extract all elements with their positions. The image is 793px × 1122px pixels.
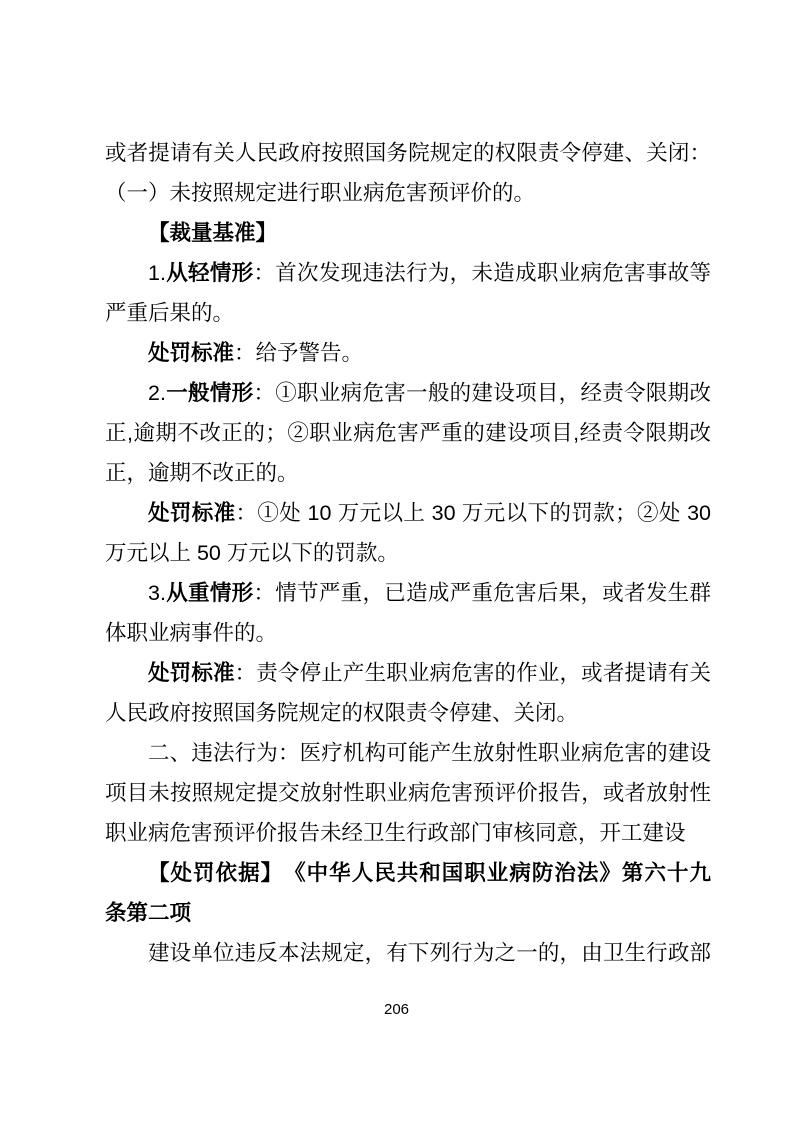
text-line: 1.从轻情形：首次发现违法行为，未造成职业病危害事故等 bbox=[105, 253, 711, 293]
page-number: 206 bbox=[0, 1000, 793, 1020]
text-line: 正,逾期不改正的；②职业病危害严重的建设项目,经责令限期改 bbox=[105, 413, 711, 453]
text-segment: ：给予警告。 bbox=[234, 341, 363, 365]
text-line: 正，逾期不改正的。 bbox=[105, 453, 711, 493]
text-segment: 万元以上 50 万元以下的罚款。 bbox=[105, 541, 399, 565]
text-line: 处罚标准：责令停止产生职业病危害的作业，或者提请有关 bbox=[105, 653, 711, 693]
text-segment: 正,逾期不改正的；②职业病危害严重的建设项目,经责令限期改 bbox=[105, 421, 711, 445]
text-line: 处罚标准：①处 10 万元以上 30 万元以下的罚款；②处 30 bbox=[105, 493, 711, 533]
text-segment: ：首次发现违法行为，未造成职业病危害事故等 bbox=[253, 261, 711, 285]
text-line: 项目未按照规定提交放射性职业病危害预评价报告，或者放射性 bbox=[105, 773, 711, 813]
text-line: 或者提请有关人民政府按照国务院规定的权限责令停建、关闭： bbox=[105, 133, 711, 173]
text-segment: 建设单位违反本法规定，有下列行为之一的，由卫生行政部 bbox=[148, 941, 711, 965]
bold-text-segment: 处罚标准 bbox=[148, 661, 235, 685]
text-line: 体职业病事件的。 bbox=[105, 613, 711, 653]
document-page: 或者提请有关人民政府按照国务院规定的权限责令停建、关闭：（一）未按照规定进行职业… bbox=[0, 0, 793, 1122]
text-line: 处罚标准：给予警告。 bbox=[105, 333, 711, 373]
bold-text-segment: 从轻情形 bbox=[166, 261, 254, 285]
text-line: 二、违法行为：医疗机构可能产生放射性职业病危害的建设 bbox=[105, 733, 711, 773]
text-segment: 1. bbox=[148, 261, 166, 285]
text-segment: 或者提请有关人民政府按照国务院规定的权限责令停建、关闭： bbox=[105, 141, 711, 165]
text-line: 建设单位违反本法规定，有下列行为之一的，由卫生行政部 bbox=[105, 933, 711, 973]
bold-text-segment: 【裁量基准】 bbox=[148, 221, 277, 245]
text-line: 3.从重情形：情节严重，已造成严重危害后果，或者发生群 bbox=[105, 573, 711, 613]
text-segment: 体职业病事件的。 bbox=[105, 621, 277, 645]
text-segment: ：责令停止产生职业病危害的作业，或者提请有关 bbox=[235, 661, 711, 685]
text-segment: 人民政府按照国务院规定的权限责令停建、关闭。 bbox=[105, 701, 578, 725]
document-body: 或者提请有关人民政府按照国务院规定的权限责令停建、关闭：（一）未按照规定进行职业… bbox=[105, 133, 711, 973]
text-line: 职业病危害预评价报告未经卫生行政部门审核同意，开工建设 bbox=[105, 813, 711, 853]
text-line: 【处罚依据】 《中华人民共和国职业病防治法》第六十九 bbox=[105, 853, 711, 893]
text-line: 条第二项 bbox=[105, 893, 711, 933]
bold-text-segment: 条第二项 bbox=[105, 901, 191, 925]
bold-text-segment: 处罚标准 bbox=[148, 341, 234, 365]
text-segment: ：①处 10 万元以上 30 万元以下的罚款；②处 30 bbox=[236, 501, 711, 525]
text-segment: ：①职业病危害一般的建设项目，经责令限期改 bbox=[253, 381, 711, 405]
text-line: 2.一般情形：①职业病危害一般的建设项目，经责令限期改 bbox=[105, 373, 711, 413]
text-line: 人民政府按照国务院规定的权限责令停建、关闭。 bbox=[105, 693, 711, 733]
text-segment: 二、违法行为：医疗机构可能产生放射性职业病危害的建设 bbox=[148, 741, 711, 765]
text-line: 严重后果的。 bbox=[105, 293, 711, 333]
bold-text-segment: 处罚标准 bbox=[148, 501, 236, 525]
text-segment: ：情节严重，已造成严重危害后果，或者发生群 bbox=[253, 581, 711, 605]
text-segment: 正，逾期不改正的。 bbox=[105, 461, 299, 485]
text-segment: 项目未按照规定提交放射性职业病危害预评价报告，或者放射性 bbox=[105, 781, 711, 805]
text-segment: 严重后果的。 bbox=[105, 301, 234, 325]
text-segment: 3. bbox=[148, 581, 166, 605]
text-line: 万元以上 50 万元以下的罚款。 bbox=[105, 533, 711, 573]
text-segment: 2. bbox=[148, 381, 166, 405]
text-line: 【裁量基准】 bbox=[105, 213, 711, 253]
bold-text-segment: 一般情形 bbox=[166, 381, 254, 405]
bold-text-segment: 从重情形 bbox=[166, 581, 254, 605]
text-line: （一）未按照规定进行职业病危害预评价的。 bbox=[105, 173, 711, 213]
text-segment: （一）未按照规定进行职业病危害预评价的。 bbox=[105, 181, 535, 205]
text-segment: 职业病危害预评价报告未经卫生行政部门审核同意，开工建设 bbox=[105, 821, 686, 845]
bold-text-segment: 【处罚依据】 《中华人民共和国职业病防治法》第六十九 bbox=[148, 861, 711, 885]
